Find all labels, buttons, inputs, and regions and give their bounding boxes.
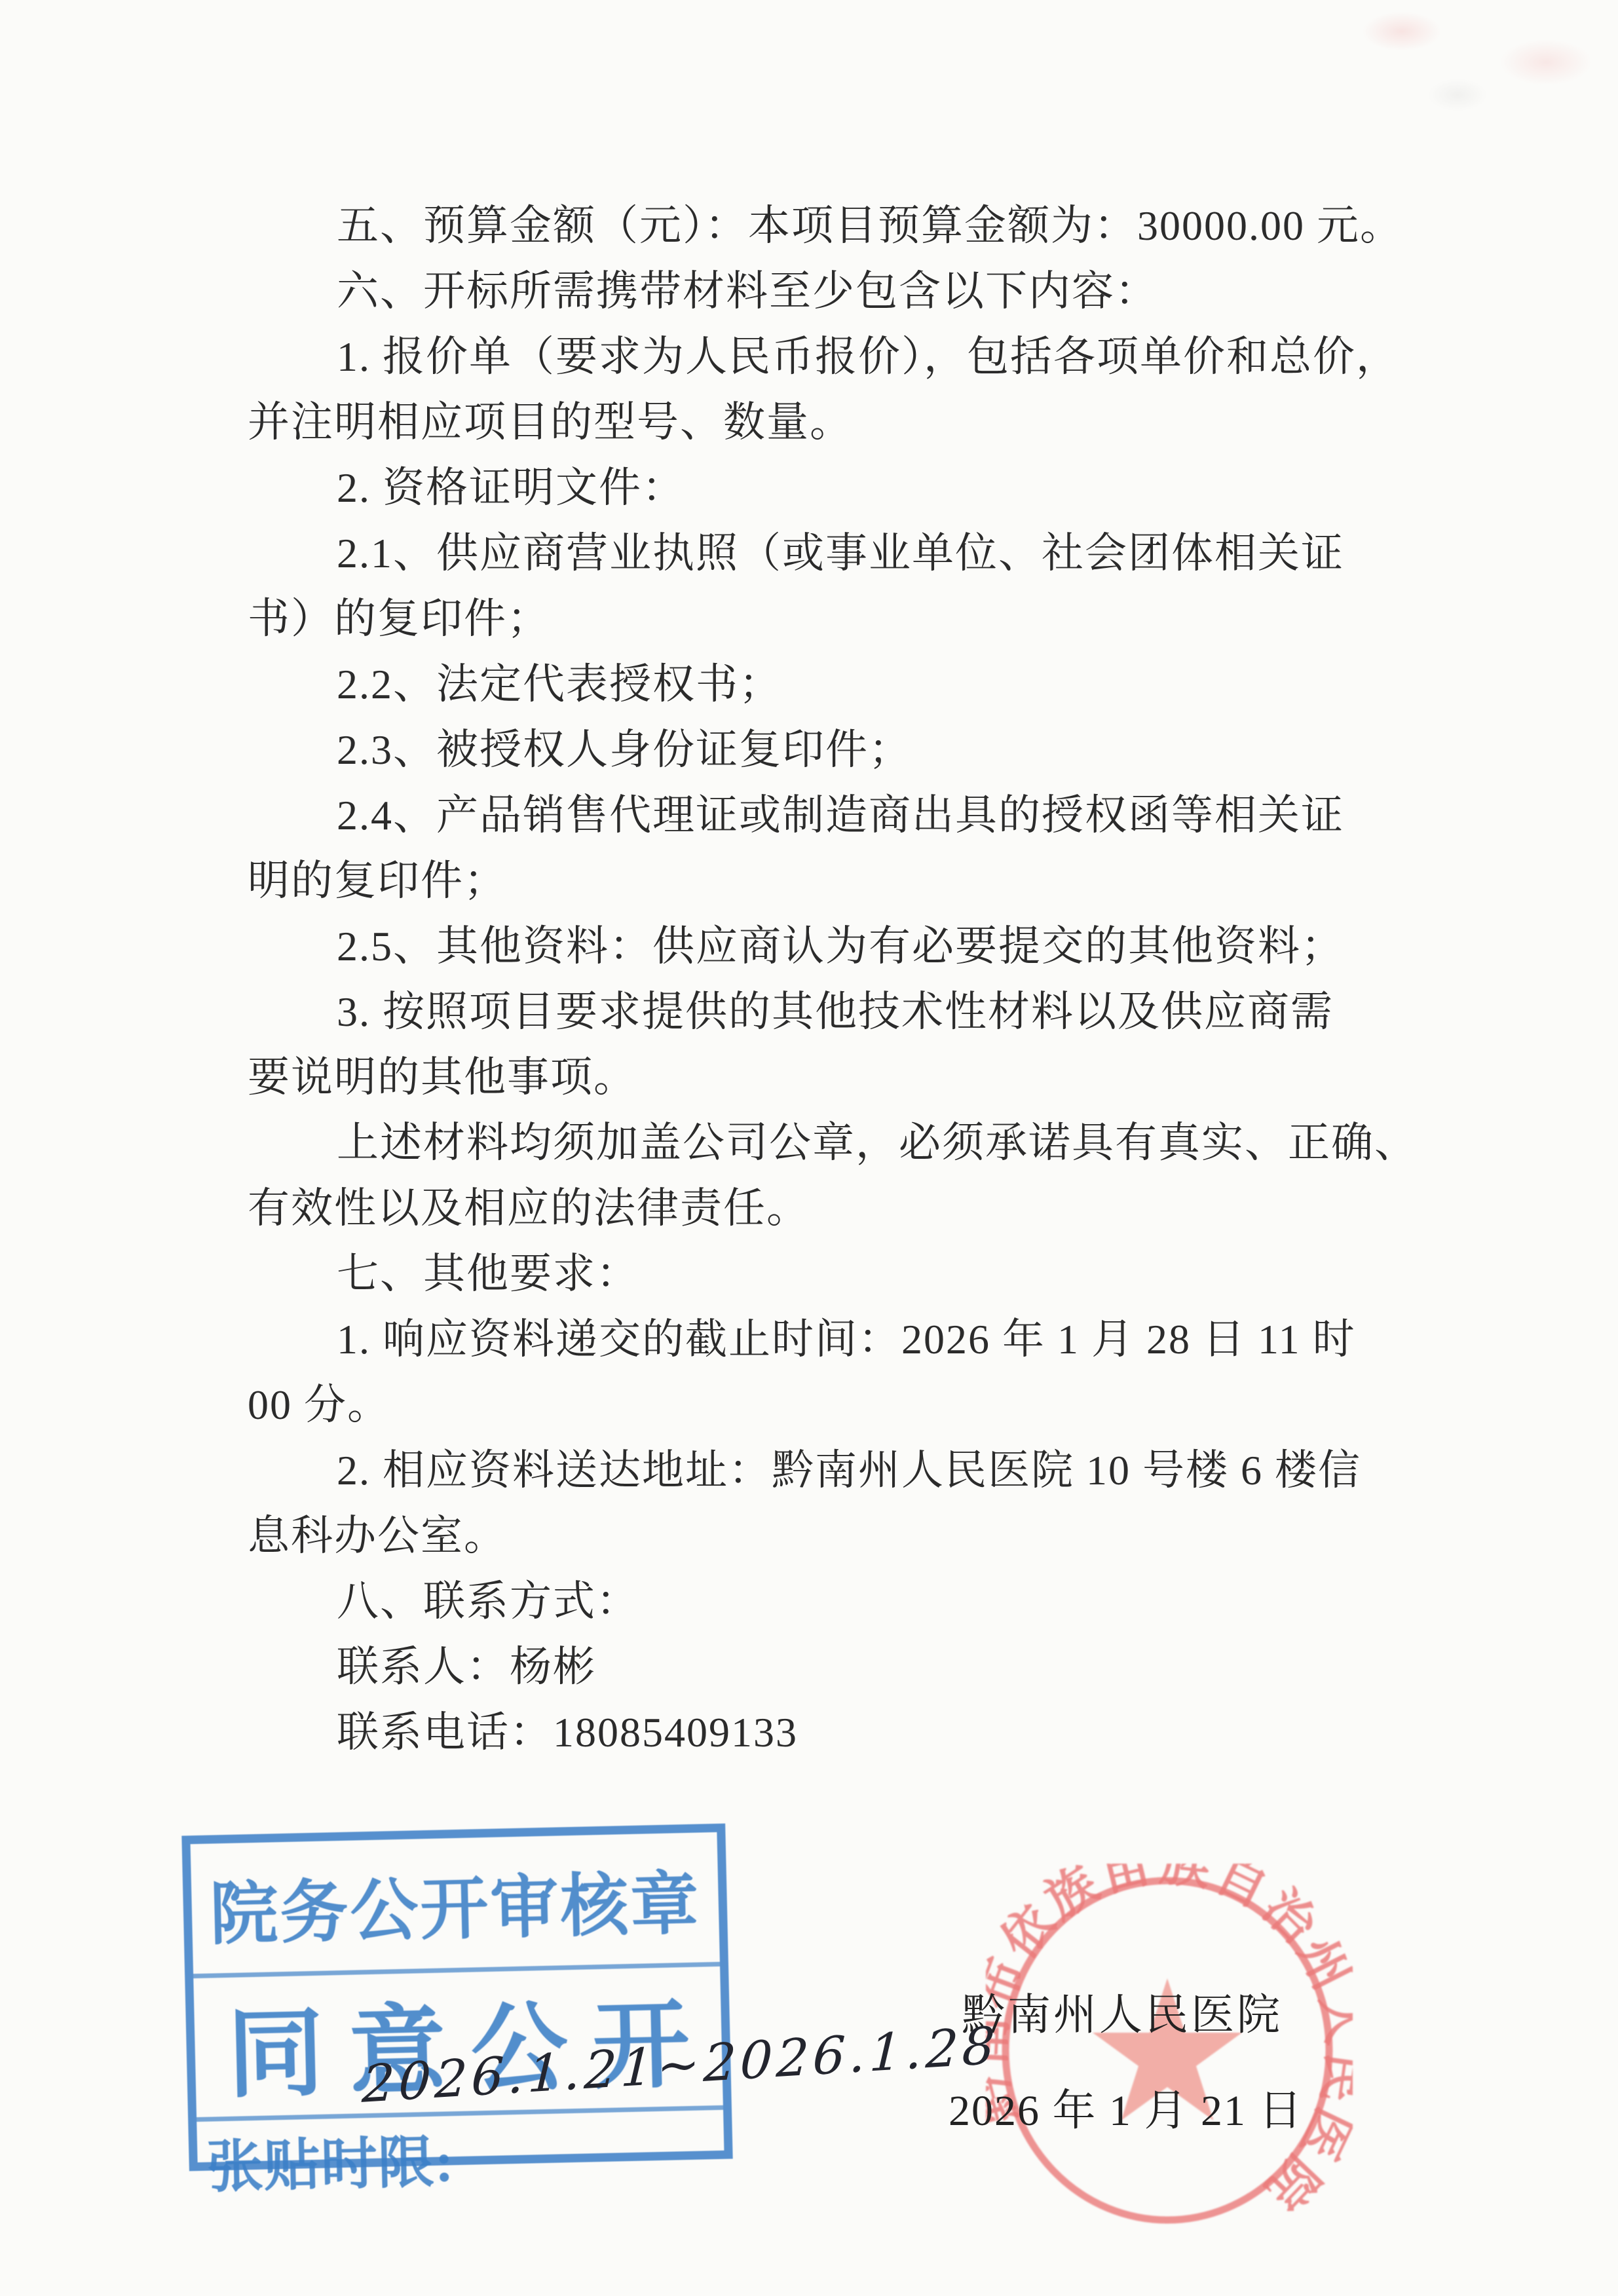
- text-line: 八、联系方式：: [248, 1569, 1401, 1634]
- text-line: 2.5、其他资料：供应商认为有必要提交的其他资料；: [248, 914, 1401, 979]
- text-line: 联系电话：18085409133: [248, 1700, 1401, 1765]
- scan-smudge: [1363, 12, 1441, 51]
- text-line: 五、预算金额（元）：本项目预算金额为：30000.00 元。: [248, 193, 1401, 259]
- approval-stamp: 院务公开审核章 同意公开 张贴时限:: [181, 1824, 732, 2172]
- text-line: 3. 按照项目要求提供的其他技术性材料以及供应商需: [248, 979, 1401, 1045]
- text-line: 有效性以及相应的法律责任。: [248, 1176, 1401, 1241]
- text-line: 2. 资格证明文件：: [248, 455, 1401, 521]
- text-line: 2.3、被授权人身份证复印件；: [248, 717, 1401, 783]
- text-line: 书）的复印件；: [248, 586, 1401, 652]
- text-line: 2.4、产品销售代理证或制造商出具的授权函等相关证: [248, 783, 1401, 848]
- text-line: 要说明的其他事项。: [248, 1045, 1401, 1110]
- scanned-document-page: 五、预算金额（元）：本项目预算金额为：30000.00 元。六、开标所需携带材料…: [0, 0, 1618, 2296]
- text-line: 00 分。: [248, 1372, 1401, 1438]
- text-line: 并注明相应项目的型号、数量。: [248, 390, 1401, 455]
- stamp-title: 院务公开审核章: [191, 1832, 720, 1974]
- scan-smudge: [1428, 79, 1487, 111]
- signature-org: 黔南州人民医院: [962, 1980, 1276, 2042]
- text-line: 明的复印件；: [248, 848, 1401, 914]
- text-line: 七、其他要求：: [248, 1241, 1401, 1307]
- text-line: 联系人：杨彬: [248, 1634, 1401, 1700]
- text-line: 六、开标所需携带材料至少包含以下内容：: [248, 259, 1401, 324]
- body-text: 五、预算金额（元）：本项目预算金额为：30000.00 元。六、开标所需携带材料…: [248, 193, 1401, 1765]
- text-line: 2. 相应资料送达地址：黔南州人民医院 10 号楼 6 楼信: [248, 1438, 1401, 1503]
- text-line: 息科办公室。: [248, 1503, 1401, 1569]
- text-line: 上述材料均须加盖公司公章，必须承诺具有真实、正确、: [248, 1110, 1401, 1176]
- text-line: 1. 报价单（要求为人民币报价），包括各项单价和总价，: [248, 324, 1401, 390]
- signature-date: 2026 年 1 月 21 日: [949, 2075, 1315, 2137]
- hospital-seal: 黔南布依族苗族自治州人民医院: [986, 1864, 1353, 2237]
- stamp-duration-label: 张贴时限:: [197, 2105, 725, 2203]
- text-line: 2.2、法定代表授权书；: [248, 652, 1401, 717]
- text-line: 2.1、供应商营业执照（或事业单位、社会团体相关证: [248, 521, 1401, 586]
- text-line: 1. 响应资料递交的截止时间：2026 年 1 月 28 日 11 时: [248, 1307, 1401, 1372]
- scan-smudge: [1500, 39, 1592, 85]
